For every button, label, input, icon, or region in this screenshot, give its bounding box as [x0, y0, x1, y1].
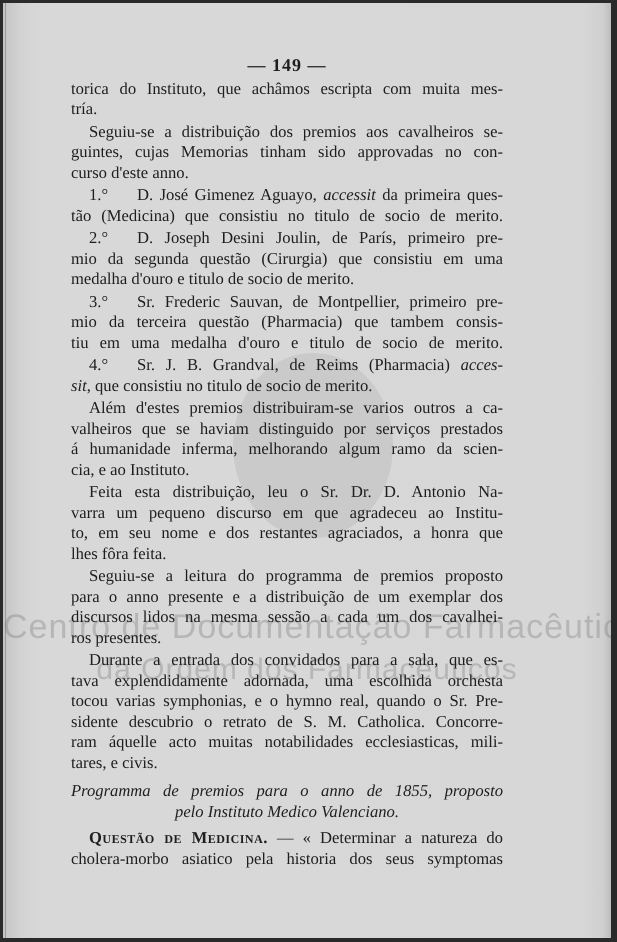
- section-heading: Programma de premios para o anno de 1855…: [71, 781, 503, 822]
- page-gutter: [5, 3, 6, 938]
- text-line: tão (Medicina) que consistiu no titulo d…: [71, 206, 503, 227]
- award-3: 3.°Sr. Frederic Sauvan, de Montpellier, …: [71, 292, 503, 354]
- heading-line: pelo Instituto Medico Valenciano.: [71, 802, 503, 823]
- scanned-page: Centro de Documentação Farmacêutica da O…: [3, 3, 611, 938]
- question-label: Questão de Medicina.: [89, 828, 268, 847]
- award-4: 4.°Sr. J. B. Grandval, de Reims (Pharmac…: [71, 355, 503, 396]
- text-line: tría.: [71, 99, 503, 120]
- text-line: lhes fôra feita.: [71, 544, 503, 565]
- paragraph-4: Seguiu-se a leitura do programma de prem…: [71, 566, 503, 648]
- text-line: ros presentes.: [71, 628, 503, 649]
- text-line: Seguiu-se a leitura do programma de prem…: [71, 566, 503, 587]
- text-line: 3.°Sr. Frederic Sauvan, de Montpellier, …: [71, 292, 503, 313]
- text-line: tocou varias symphonias, e o hymno real,…: [71, 691, 503, 712]
- text-line: sidente descubrio o retrato de S. M. Cat…: [71, 712, 503, 733]
- text-line: Feita esta distribuição, leu o Sr. Dr. D…: [71, 482, 503, 503]
- text-line: Questão de Medicina. — « Determinar a na…: [71, 828, 503, 849]
- text-line: medalha d'ouro e titulo de socio de meri…: [71, 269, 503, 290]
- text-line: 4.°Sr. J. B. Grandval, de Reims (Pharmac…: [71, 355, 503, 376]
- text-line: discursos lidos na mesma sessão a cada u…: [71, 607, 503, 628]
- paragraph-1: Seguiu-se a distribuição dos premios aos…: [71, 122, 503, 184]
- text-line: 2.°D. Joseph Desini Joulin, de París, pr…: [71, 228, 503, 249]
- text-line: Além d'estes premios distribuiram-se var…: [71, 398, 503, 419]
- text-line: á humanidade inferma, melhorando algum r…: [71, 439, 503, 460]
- text-line: cia, e ao Instituto.: [71, 460, 503, 481]
- award-1: 1.°D. José Gimenez Aguayo, accessit da p…: [71, 185, 503, 226]
- text-line: cholera-morbo asiatico pela historia dos…: [71, 849, 503, 870]
- text-line: mio da terceira questão (Pharmacia) que …: [71, 312, 503, 333]
- paragraph-3: Feita esta distribuição, leu o Sr. Dr. D…: [71, 482, 503, 564]
- paragraph-0: torica do Instituto, que achâmos escript…: [71, 79, 503, 120]
- text-line: valheiros que se haviam distinguido por …: [71, 419, 503, 440]
- text-line: sit, que consistiu no titulo de socio de…: [71, 376, 503, 397]
- text-line: tares, e civis.: [71, 753, 503, 774]
- text-line: guintes, cujas Memorias tinham sido appr…: [71, 142, 503, 163]
- text-line: varra um pequeno discurso em que agradec…: [71, 503, 503, 524]
- paragraph-2: Além d'estes premios distribuiram-se var…: [71, 398, 503, 480]
- text-line: Durante a entrada dos convidados para a …: [71, 650, 503, 671]
- heading-line: Programma de premios para o anno de 1855…: [71, 781, 503, 802]
- page-number: — 149 —: [71, 55, 503, 76]
- text-line: Seguiu-se a distribuição dos premios aos…: [71, 122, 503, 143]
- paragraph-6: Questão de Medicina. — « Determinar a na…: [71, 828, 503, 869]
- text-line: curso d'este anno.: [71, 163, 503, 184]
- text-line: torica do Instituto, que achâmos escript…: [71, 79, 503, 100]
- text-line: tava explendidamente adornada, uma escol…: [71, 671, 503, 692]
- award-2: 2.°D. Joseph Desini Joulin, de París, pr…: [71, 228, 503, 290]
- text-line: tiu em uma medalha d'ouro e titulo de so…: [71, 333, 503, 354]
- paragraph-5: Durante a entrada dos convidados para a …: [71, 650, 503, 773]
- text-line: 1.°D. José Gimenez Aguayo, accessit da p…: [71, 185, 503, 206]
- page-text: — 149 — torica do Instituto, que achâmos…: [71, 55, 503, 871]
- text-line: para o anno presente e a distribuição de…: [71, 587, 503, 608]
- text-line: ram áquelle acto muitas notabilidades ec…: [71, 732, 503, 753]
- text-line: mio da segunda questão (Cirurgia) que co…: [71, 249, 503, 270]
- text-line: to, em seu nome e dos restantes agraciad…: [71, 523, 503, 544]
